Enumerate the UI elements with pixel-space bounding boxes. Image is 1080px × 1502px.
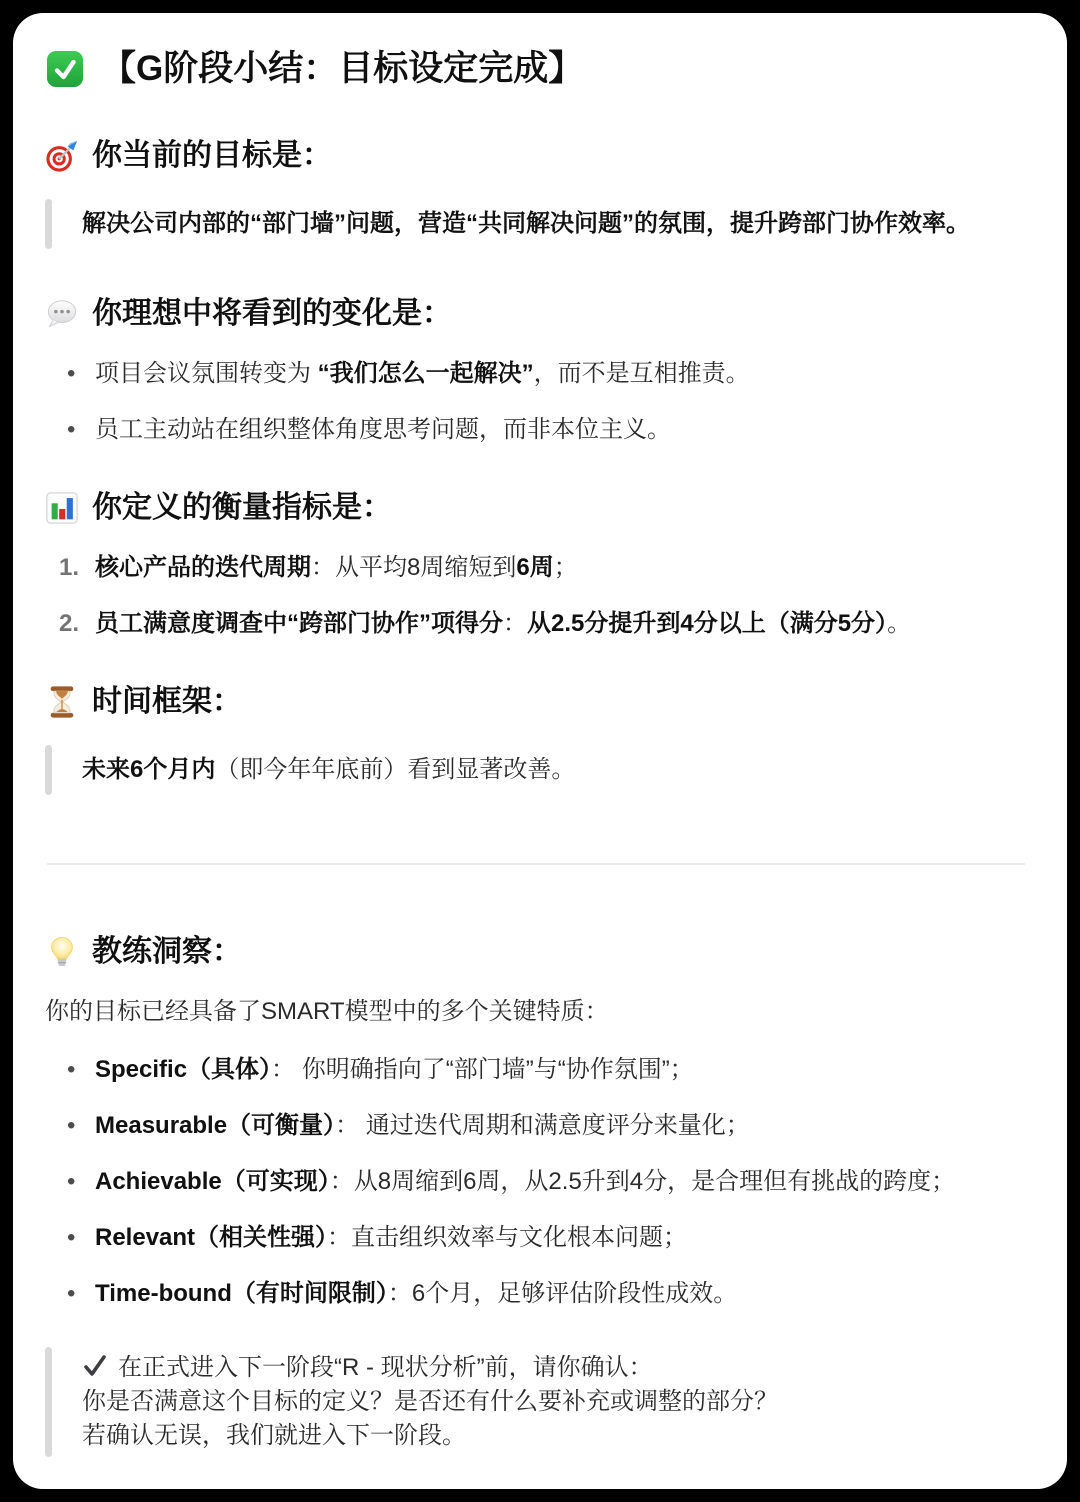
section-divider (47, 863, 1025, 865)
insight-heading: 教练洞察： (45, 935, 1027, 969)
changes-heading: 你理想中将看到的变化是： (45, 297, 1027, 331)
bullet-marker: • (45, 1109, 95, 1143)
message-card: 【G阶段小结：目标设定完成】 你当前的目标是： 解决公司内部的“部门墙”问题，营… (13, 13, 1067, 1489)
list-item: • 项目会议氛围转变为 “我们怎么一起解决”，而不是互相推责。 (45, 357, 1027, 391)
goal-heading-text: 你当前的目标是： (92, 139, 332, 173)
bullet-marker: • (45, 413, 95, 447)
confirmation-line-3: 若确认无误，我们就进入下一阶段。 (82, 1419, 1027, 1453)
goal-quote-text: 解决公司内部的“部门墙”问题，营造“共同解决问题”的氛围，提升跨部门协作效率。 (82, 210, 970, 237)
goal-quote: 解决公司内部的“部门墙”问题，营造“共同解决问题”的氛围，提升跨部门协作效率。 (45, 199, 1027, 249)
check-mark-icon (82, 1353, 108, 1379)
timeframe-quote: 未来6个月内（即今年年底前）看到显著改善。 (45, 745, 1027, 795)
list-item-text: 员工主动站在组织整体角度思考问题，而非本位主义。 (95, 413, 1027, 447)
metrics-list: 1. 核心产品的迭代周期：从平均8周缩短到6周； 2. 员工满意度调查中“跨部门… (45, 551, 1027, 641)
smart-item-measurable: • Measurable（可衡量）： 通过迭代周期和满意度评分来量化； (45, 1109, 1027, 1143)
list-item-text: 项目会议氛围转变为 “我们怎么一起解决”，而不是互相推责。 (95, 357, 1027, 391)
bullet-marker: • (45, 357, 95, 391)
goal-heading: 你当前的目标是： (45, 139, 1027, 173)
direct-hit-icon (45, 139, 79, 173)
numbered-item-text: 员工满意度调查中“跨部门协作”项得分：从2.5分提升到4分以上（满分5分）。 (95, 607, 1027, 641)
insight-heading-text: 教练洞察： (92, 935, 242, 969)
smart-item-achievable: • Achievable（可实现）：从8周缩到6周，从2.5升到4分，是合理但有… (45, 1165, 1027, 1199)
metrics-heading-text: 你定义的衡量指标是： (92, 491, 392, 525)
list-item: • 员工主动站在组织整体角度思考问题，而非本位主义。 (45, 413, 1027, 447)
smart-list: • Specific（具体）： 你明确指向了“部门墙”与“协作氛围”； • Me… (45, 1053, 1027, 1311)
insight-intro: 你的目标已经具备了SMART模型中的多个关键特质： (45, 995, 1027, 1029)
bullet-marker: • (45, 1165, 95, 1199)
bullet-marker: • (45, 1277, 95, 1311)
bullet-marker: • (45, 1221, 95, 1255)
number-marker: 1. (45, 551, 95, 585)
metrics-heading: 你定义的衡量指标是： (45, 491, 1027, 525)
smart-item-relevant: • Relevant（相关性强）：直击组织效率与文化根本问题； (45, 1221, 1027, 1255)
smart-item-time-bound: • Time-bound（有时间限制）：6个月，足够评估阶段性成效。 (45, 1277, 1027, 1311)
title-text: 【G阶段小结：目标设定完成】 (101, 47, 583, 91)
smart-item-specific: • Specific（具体）： 你明确指向了“部门墙”与“协作氛围”； (45, 1053, 1027, 1087)
confirmation-line-2: 你是否满意这个目标的定义？是否还有什么要补充或调整的部分？ (82, 1385, 1027, 1419)
hourglass-icon (45, 685, 79, 719)
number-marker: 2. (45, 607, 95, 641)
speech-balloon-icon (45, 297, 79, 331)
timeframe-heading-text: 时间框架： (92, 685, 242, 719)
check-mark-button-icon (45, 49, 85, 89)
bullet-marker: • (45, 1053, 95, 1087)
confirmation-line-1: 在正式进入下一阶段“R - 现状分析”前，请你确认： (82, 1351, 1027, 1385)
light-bulb-icon (45, 935, 79, 969)
confirmation-quote: 在正式进入下一阶段“R - 现状分析”前，请你确认： 你是否满意这个目标的定义？… (45, 1347, 1027, 1457)
numbered-item: 2. 员工满意度调查中“跨部门协作”项得分：从2.5分提升到4分以上（满分5分）… (45, 607, 1027, 641)
bar-chart-icon (45, 491, 79, 525)
timeframe-heading: 时间框架： (45, 685, 1027, 719)
changes-heading-text: 你理想中将看到的变化是： (92, 297, 452, 331)
numbered-item: 1. 核心产品的迭代周期：从平均8周缩短到6周； (45, 551, 1027, 585)
summary-title: 【G阶段小结：目标设定完成】 (45, 47, 1027, 91)
numbered-item-text: 核心产品的迭代周期：从平均8周缩短到6周； (95, 551, 1027, 585)
changes-list: • 项目会议氛围转变为 “我们怎么一起解决”，而不是互相推责。 • 员工主动站在… (45, 357, 1027, 447)
